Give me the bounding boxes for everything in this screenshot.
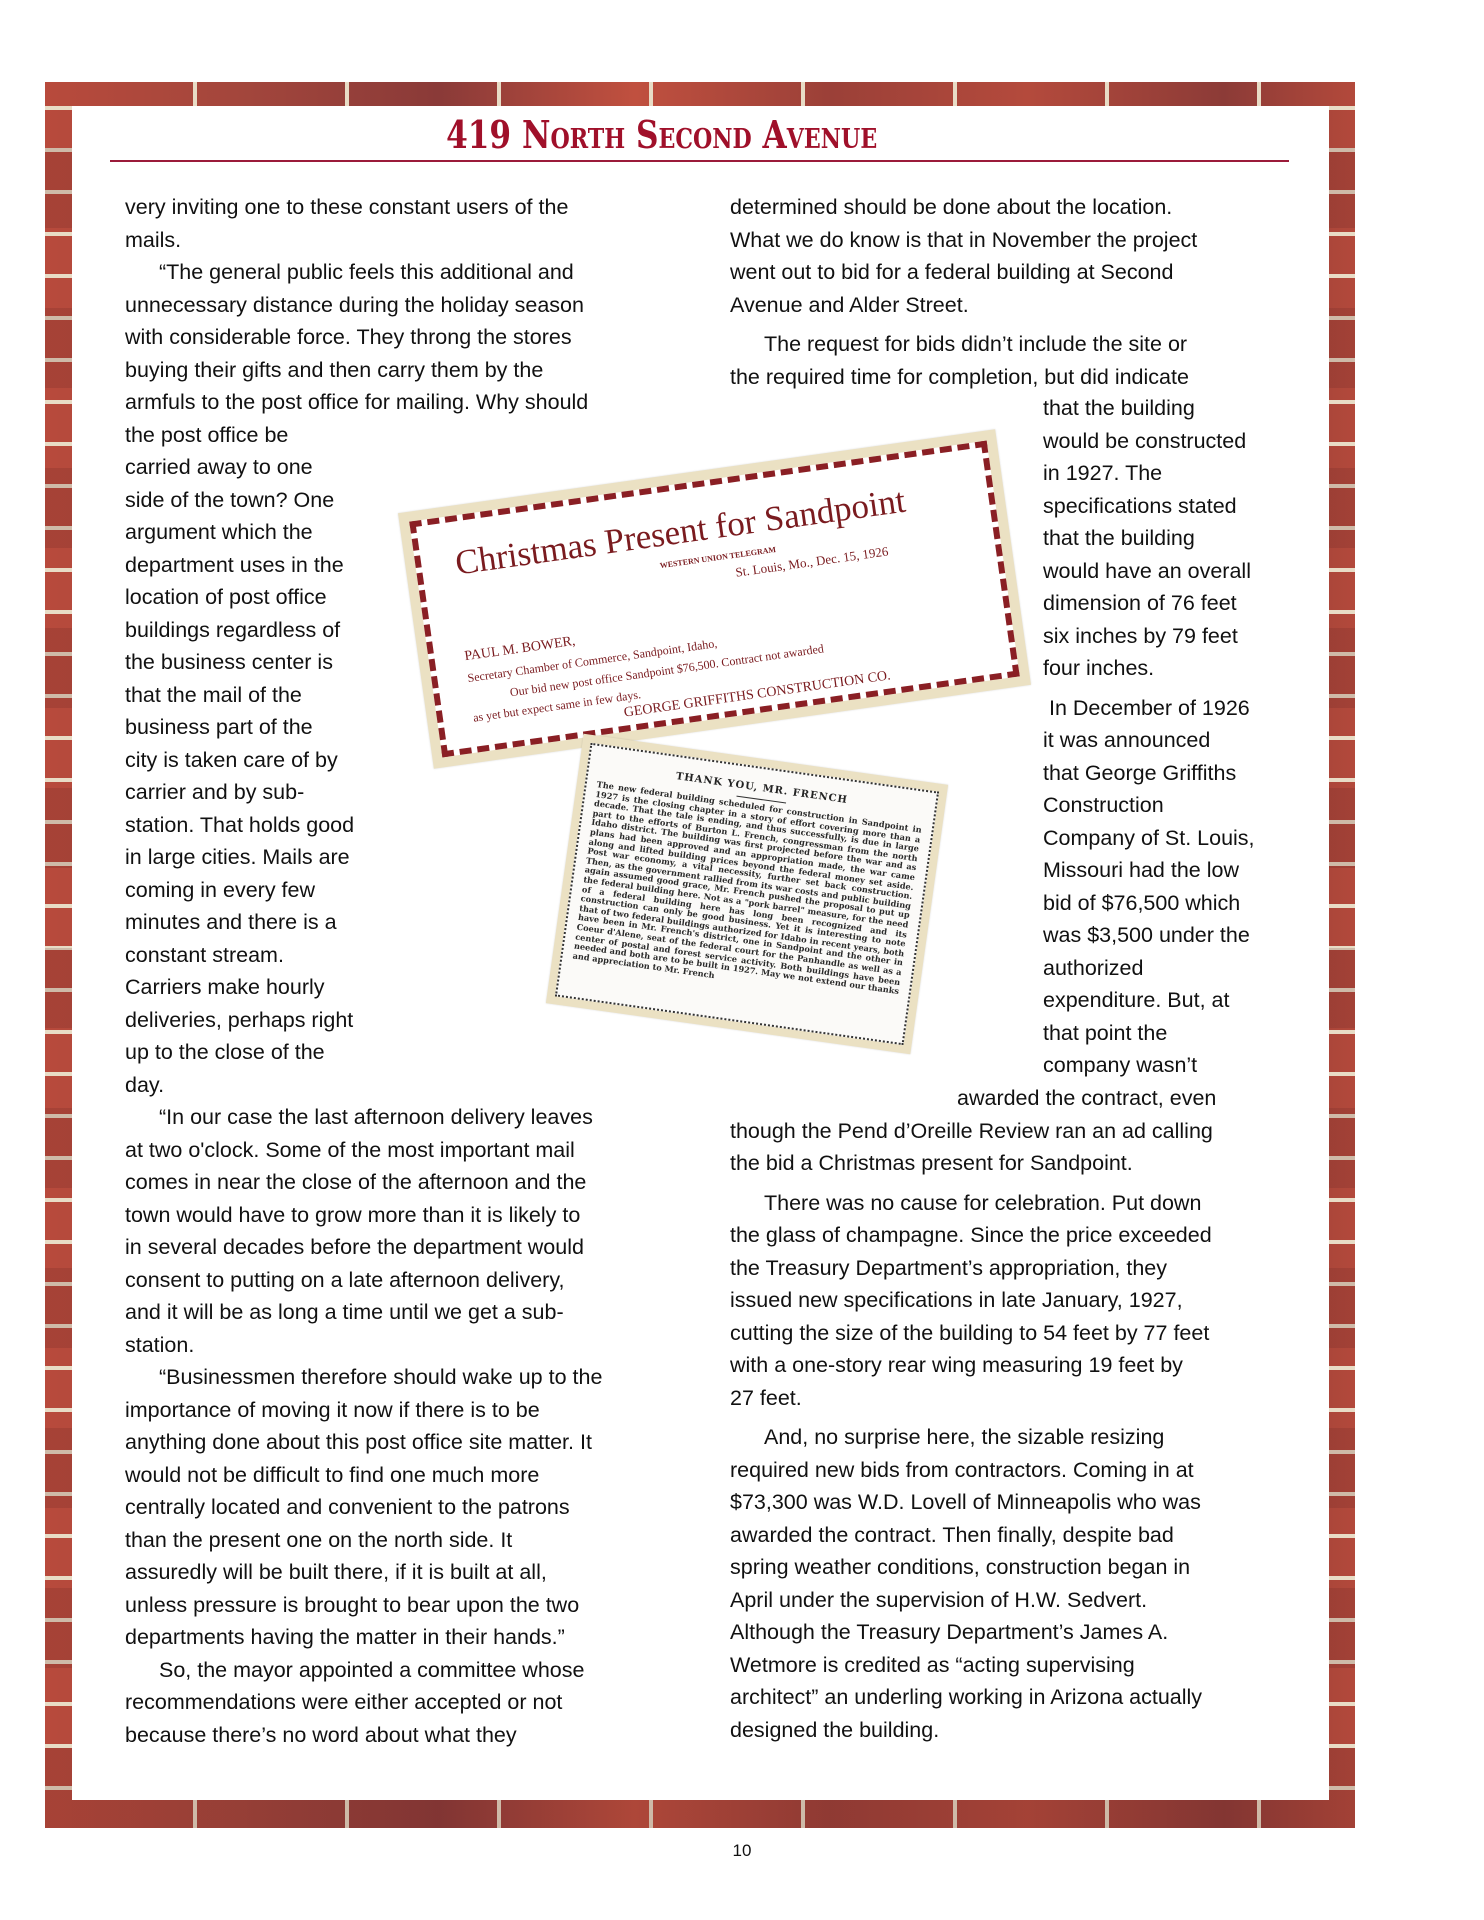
text-line: consent to putting on a late afternoon d… bbox=[125, 1264, 602, 1297]
text-line: designed the building. bbox=[730, 1714, 1216, 1747]
text-line: “The general public feels this additiona… bbox=[125, 256, 602, 289]
text-line: required new bids from contractors. Comi… bbox=[730, 1454, 1216, 1487]
text-line: it was announced bbox=[1043, 724, 1255, 757]
text-line: issued new specifications in late Januar… bbox=[730, 1284, 1216, 1317]
text-line: six inches by 79 feet bbox=[1043, 620, 1255, 653]
newspaper-clipping-frame: THANK YOU, MR. FRENCH The new federal bu… bbox=[555, 743, 939, 1045]
text-line: the Treasury Department’s appropriation,… bbox=[730, 1252, 1216, 1285]
newspaper-clipping-image: THANK YOU, MR. FRENCH The new federal bu… bbox=[546, 734, 948, 1055]
text-line: constant stream. bbox=[125, 939, 602, 972]
text-line: carrier and by sub- bbox=[125, 776, 602, 809]
text-line: mails. bbox=[125, 224, 602, 257]
text-line: Although the Treasury Department’s James… bbox=[730, 1616, 1216, 1649]
text-line: unless pressure is brought to bear upon … bbox=[125, 1589, 602, 1622]
text-line: the required time for completion, but di… bbox=[730, 361, 1197, 394]
text-line: in 1927. The bbox=[1043, 457, 1255, 490]
page-title-text: 419 North Second Avenue bbox=[446, 112, 877, 157]
text-line: Carriers make hourly bbox=[125, 971, 602, 1004]
text-line: Company of St. Louis, bbox=[1043, 822, 1255, 855]
text-line: the glass of champagne. Since the price … bbox=[730, 1219, 1216, 1252]
page-number: 10 bbox=[0, 1841, 1484, 1861]
text-line: buying their gifts and then carry them b… bbox=[125, 354, 602, 387]
text-line: assuredly will be built there, if it is … bbox=[125, 1556, 602, 1589]
text-line: the post office be bbox=[125, 419, 602, 452]
text-line: awarded the contract. Then finally, desp… bbox=[730, 1519, 1216, 1552]
text-line: dimension of 76 feet bbox=[1043, 587, 1255, 620]
right-column-bottom: awarded the contract, even though the Pe… bbox=[730, 1082, 1216, 1746]
text-line: because there’s no word about what they bbox=[125, 1719, 602, 1752]
text-line: cutting the size of the building to 54 f… bbox=[730, 1317, 1216, 1350]
right-column-top: determined should be done about the loca… bbox=[730, 191, 1197, 393]
text-line: up to the close of the bbox=[125, 1036, 602, 1069]
text-line: station. That holds good bbox=[125, 809, 602, 842]
text-line: authorized bbox=[1043, 952, 1255, 985]
right-column-narrow: that the building would be constructed i… bbox=[1043, 392, 1255, 1082]
text-line: coming in every few bbox=[125, 874, 602, 907]
text-line: expenditure. But, at bbox=[1043, 984, 1255, 1017]
text-line: deliveries, perhaps right bbox=[125, 1004, 602, 1037]
text-line: would be constructed bbox=[1043, 425, 1255, 458]
text-line: The request for bids didn’t include the … bbox=[730, 328, 1197, 361]
text-line: recommendations were either accepted or … bbox=[125, 1686, 602, 1719]
text-line: So, the mayor appointed a committee whos… bbox=[125, 1654, 602, 1687]
text-line: Construction bbox=[1043, 789, 1255, 822]
text-line: with a one-story rear wing measuring 19 … bbox=[730, 1349, 1216, 1382]
text-line: bid of $76,500 which bbox=[1043, 887, 1255, 920]
text-line: with considerable force. They throng the… bbox=[125, 321, 602, 354]
text-line: comes in near the close of the afternoon… bbox=[125, 1166, 602, 1199]
text-line: Wetmore is credited as “acting supervisi… bbox=[730, 1649, 1216, 1682]
text-line: “In our case the last afternoon delivery… bbox=[125, 1101, 602, 1134]
text-line: anything done about this post office sit… bbox=[125, 1426, 602, 1459]
text-line: than the present one on the north side. … bbox=[125, 1524, 602, 1557]
text-line: In December of 1926 bbox=[1043, 692, 1255, 725]
text-line: in large cities. Mails are bbox=[125, 841, 602, 874]
text-line: There was no cause for celebration. Put … bbox=[730, 1187, 1216, 1220]
text-line: station. bbox=[125, 1329, 602, 1362]
text-line: that George Griffiths bbox=[1043, 757, 1255, 790]
text-line: architect” an underling working in Arizo… bbox=[730, 1681, 1216, 1714]
text-line: at two o'clock. Some of the most importa… bbox=[125, 1134, 602, 1167]
text-line: determined should be done about the loca… bbox=[730, 191, 1197, 224]
text-line: centrally located and convenient to the … bbox=[125, 1491, 602, 1524]
text-line: Avenue and Alder Street. bbox=[730, 289, 1197, 322]
text-line: April under the supervision of H.W. Sedv… bbox=[730, 1584, 1216, 1617]
text-line: four inches. bbox=[1043, 652, 1255, 685]
text-line: day. bbox=[125, 1069, 602, 1102]
text-line: What we do know is that in November the … bbox=[730, 224, 1197, 257]
text-line: 27 feet. bbox=[730, 1382, 1216, 1415]
text-line: importance of moving it now if there is … bbox=[125, 1394, 602, 1427]
text-line: would not be difficult to find one much … bbox=[125, 1459, 602, 1492]
text-line: And, no surprise here, the sizable resiz… bbox=[730, 1421, 1216, 1454]
text-line: town would have to grow more than it is … bbox=[125, 1199, 602, 1232]
text-line: that the building bbox=[1043, 522, 1255, 555]
text-line: in several decades before the department… bbox=[125, 1231, 602, 1264]
text-line: Missouri had the low bbox=[1043, 854, 1255, 887]
text-line: company wasn’t bbox=[1043, 1049, 1255, 1082]
text-line: minutes and there is a bbox=[125, 906, 602, 939]
text-line: spring weather conditions, construction … bbox=[730, 1551, 1216, 1584]
text-line: armfuls to the post office for mailing. … bbox=[125, 386, 602, 419]
text-line: and it will be as long a time until we g… bbox=[125, 1296, 602, 1329]
left-column: very inviting one to these constant user… bbox=[125, 191, 602, 1751]
text-line: $73,300 was W.D. Lovell of Minneapolis w… bbox=[730, 1486, 1216, 1519]
telegram-headline: Christmas Present for Sandpoint bbox=[453, 481, 908, 584]
text-line: unnecessary distance during the holiday … bbox=[125, 289, 602, 322]
text-line: went out to bid for a federal building a… bbox=[730, 256, 1197, 289]
text-line: awarded the contract, even bbox=[730, 1082, 1216, 1115]
text-line: was $3,500 under the bbox=[1043, 919, 1255, 952]
text-line: very inviting one to these constant user… bbox=[125, 191, 602, 224]
text-line: would have an overall bbox=[1043, 555, 1255, 588]
text-line: carried away to one bbox=[125, 451, 602, 484]
text-line: specifications stated bbox=[1043, 490, 1255, 523]
newspaper-body: The new federal building scheduled for c… bbox=[572, 780, 922, 1006]
text-line: that the building bbox=[1043, 392, 1255, 425]
text-line: though the Pend d’Oreille Review ran an … bbox=[730, 1115, 1216, 1148]
text-line: the bid a Christmas present for Sandpoin… bbox=[730, 1147, 1216, 1180]
page-title: 419 North Second Avenue bbox=[119, 112, 1336, 157]
text-line: departments having the matter in their h… bbox=[125, 1621, 602, 1654]
text-line: “Businessmen therefore should wake up to… bbox=[125, 1361, 602, 1394]
title-rule bbox=[110, 160, 1289, 162]
text-line: that point the bbox=[1043, 1017, 1255, 1050]
